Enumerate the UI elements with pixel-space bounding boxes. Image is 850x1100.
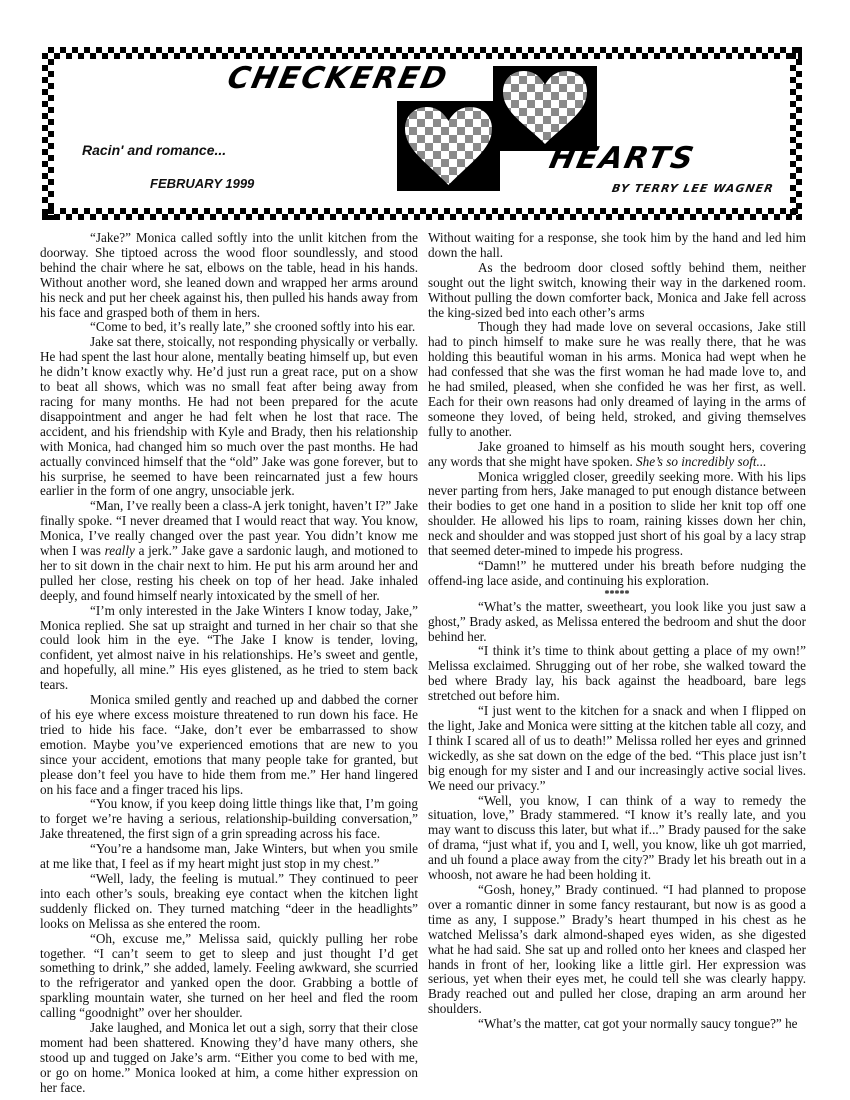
paragraph: “You know, if you keep doing little thin… xyxy=(40,797,418,842)
paragraph-continued: Without waiting for a response, she took… xyxy=(428,231,806,261)
paragraph: “You’re a handsome man, Jake Winters, bu… xyxy=(40,842,418,872)
checkered-border-right xyxy=(790,47,802,220)
paragraph: “What’s the matter, sweetheart, you look… xyxy=(428,600,806,645)
paragraph: “Jake?” Monica called softly into the un… xyxy=(40,231,418,320)
paragraph: “Man, I’ve really been a class-A jerk to… xyxy=(40,499,418,603)
masthead-title-checkered: CHECKERED xyxy=(224,61,451,96)
paragraph: “Oh, excuse me,” Melissa said, quickly p… xyxy=(40,932,418,1021)
paragraph: “Well, lady, the feeling is mutual.” The… xyxy=(40,872,418,932)
author-byline: BY TERRY LEE WAGNER xyxy=(611,182,775,195)
paragraph: Though they had made love on several occ… xyxy=(428,320,806,439)
paragraph: “Gosh, honey,” Brady continued. “I had p… xyxy=(428,883,806,1017)
paragraph: “What’s the matter, cat got your normall… xyxy=(428,1017,806,1032)
article-column-right: Without waiting for a response, she took… xyxy=(428,231,806,1032)
paragraph: “Well, you know, I can think of a way to… xyxy=(428,794,806,883)
checkered-border-bottom xyxy=(42,208,802,220)
paragraph: “I think it’s time to think about gettin… xyxy=(428,644,806,704)
emphasis-text: really xyxy=(105,543,135,558)
article-body: “Jake?” Monica called softly into the un… xyxy=(40,231,815,1061)
paragraph: “Damn!” he muttered under his breath bef… xyxy=(428,559,806,589)
masthead-title-hearts: HEARTS xyxy=(546,141,698,176)
paragraph: As the bedroom door closed softly behind… xyxy=(428,261,806,321)
paragraph: Jake laughed, and Monica let out a sigh,… xyxy=(40,1021,418,1096)
masthead-banner: CHECKERED xyxy=(42,47,802,220)
issue-date: FEBRUARY 1999 xyxy=(150,176,254,191)
checkered-border-top xyxy=(42,47,802,59)
checkered-heart-icon xyxy=(397,101,500,191)
paragraph: “I’m only interested in the Jake Winters… xyxy=(40,604,418,693)
paragraph: Monica smiled gently and reached up and … xyxy=(40,693,418,797)
checkered-border-left xyxy=(42,47,54,220)
paragraph: Monica wriggled closer, greedily seeking… xyxy=(428,470,806,559)
paragraph: Jake groaned to himself as his mouth sou… xyxy=(428,440,806,470)
article-column-left: “Jake?” Monica called softly into the un… xyxy=(40,231,418,1096)
paragraph: Jake sat there, stoically, not respondin… xyxy=(40,335,418,499)
checkered-heart-icon xyxy=(493,66,597,151)
paragraph: “Come to bed, it’s really late,” she cro… xyxy=(40,320,418,335)
emphasis-text: She’s so incredibly soft... xyxy=(636,454,766,469)
paragraph: “I just went to the kitchen for a snack … xyxy=(428,704,806,793)
masthead-tagline: Racin' and romance... xyxy=(82,142,226,158)
